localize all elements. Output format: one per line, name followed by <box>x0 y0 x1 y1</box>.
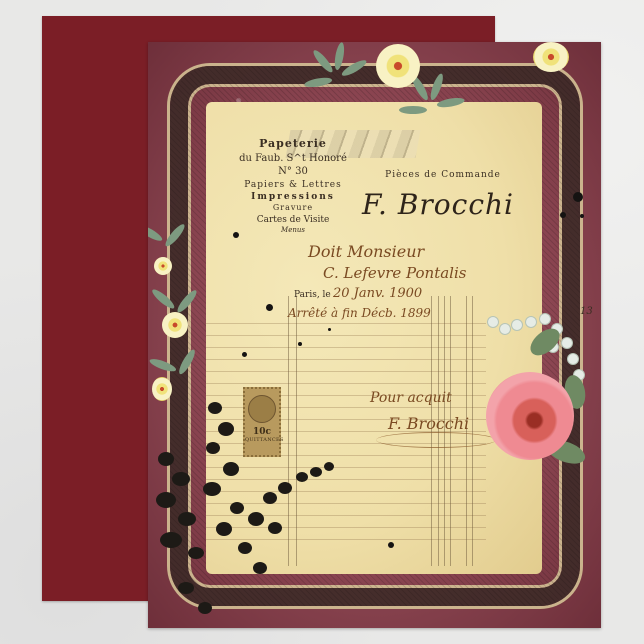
date-label: Paris, le <box>294 290 331 300</box>
handwritten-note: Arrêté à fin Décb. 1899 <box>288 306 431 320</box>
signature: F. Brocchi <box>388 414 469 433</box>
letterhead-line: Menus <box>228 226 358 235</box>
stamp-label: QUITTANCES <box>245 437 279 443</box>
revenue-stamp: 10c QUITTANCES <box>243 387 281 457</box>
column-line <box>296 296 297 566</box>
handwritten-line: C. Lefevre Pontalis <box>323 264 466 282</box>
yellow-primrose-icon <box>154 257 172 275</box>
card-front-side: Papeterie du Faub. S^t Honoré N° 30 Papi… <box>148 42 601 628</box>
stamp-value: 10c <box>245 427 279 437</box>
brand-name: F. Brocchi <box>338 188 538 221</box>
column-line <box>472 296 473 566</box>
pink-rose-icon <box>486 372 574 460</box>
date-value: 20 Janv. 1900 <box>333 286 422 301</box>
column-line <box>288 296 289 566</box>
yellow-primrose-icon <box>152 377 172 401</box>
pieces-label: Pièces de Commande <box>368 170 518 180</box>
letterhead-line: N° 30 <box>228 165 358 179</box>
letterhead-line: Papeterie <box>228 137 358 152</box>
yellow-primrose-icon <box>533 42 569 72</box>
signature-flourish <box>376 432 496 448</box>
yellow-primrose-icon <box>162 312 188 338</box>
amount-partial: 13 <box>580 306 593 317</box>
stamp-portrait-icon <box>248 395 276 423</box>
receipt-text: Pour acquit <box>370 390 452 406</box>
handwritten-line: Doit Monsieur <box>308 242 424 261</box>
yellow-primrose-icon <box>376 44 420 88</box>
letterhead-line: du Faub. S^t Honoré <box>228 152 358 166</box>
